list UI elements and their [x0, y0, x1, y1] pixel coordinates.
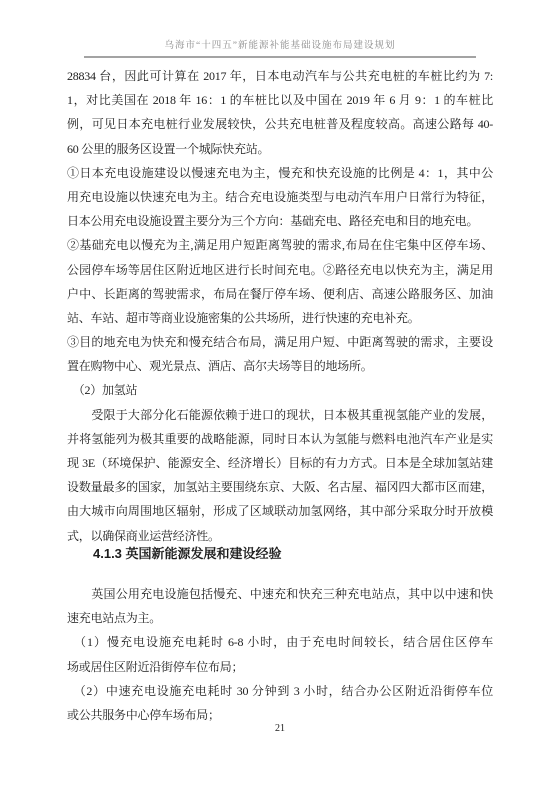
text-line: 例，可见日本充电桩行业发展较快，公共充电桩普及程度较高。高速公路每 40-	[67, 112, 493, 136]
text-line: ②基础充电以慢充为主,满足用户短距离驾驶的需求,布局在住宅集中区停车场、	[67, 233, 493, 257]
text-line: 60 公里的服务区设置一个城际快充站。	[67, 137, 493, 161]
text-line: 用充电设施以快速充电为主。结合充电设施类型与电动汽车用户日常行为特征，	[67, 185, 493, 209]
text-line: ①日本充电设施建设以慢速充电为主，慢充和快充设施的比例是 4：1，其中公	[67, 161, 493, 185]
text-line: （2）中速充电设施充电耗时 30 分钟到 3 小时，结合办公区附近沿街停车位	[67, 679, 493, 703]
text-line: （2）加氢站	[67, 378, 493, 402]
text-line: 并将氢能列为极其重要的战略能源，同时日本认为氢能与燃料电池汽车产业是实	[67, 427, 493, 451]
text-line: 站、车站、超市等商业设施密集的公共场所，进行快速的充电补充。	[67, 306, 493, 330]
text-line: ③目的地充电为快充和慢充结合布局，满足用户短、中距离驾驶的需求，主要设	[67, 330, 493, 354]
text-line: 日本公用充电设施设置主要分为三个方向：基础充电、路径充电和目的地充电。	[67, 209, 493, 233]
text-line: 28834 台，因此可计算在 2017 年，日本电动汽车与公共充电桩的车桩比约为…	[67, 64, 493, 88]
text-line: （1）慢充电设施充电耗时 6-8 小时，由于充电时间较长，结合居住区停车	[67, 630, 493, 654]
text-line: 1，对比美国在 2018 年 16：1 的车桩比以及中国在 2019 年 6 月…	[67, 88, 493, 112]
text-line: 设数量最多的国家，加氢站主要围绕东京、大阪、名古屋、福冈四大都市区而建，	[67, 475, 493, 499]
page-footer: 21	[0, 723, 560, 734]
section-heading: 4.1.3 英国新能源发展和建设经验	[67, 542, 493, 566]
page-number: 21	[275, 723, 285, 734]
text-line: 场或居住区附近沿街停车位布局；	[67, 655, 493, 679]
page-header-title: 乌海市“十四五”新能源补能基础设施布局建设规划	[0, 37, 560, 51]
text-line: 置在购物中心、观光景点、酒店、高尔夫场等目的地场所。	[67, 354, 493, 378]
text-line: 户中、长距离的驾驶需求，布局在餐厅停车场、便利店、高速公路服务区、加油	[67, 282, 493, 306]
text-line: 由大城市向周围地区辐射，形成了区域联动加氢网络，其中部分采取分时开放模	[67, 499, 493, 523]
text-line: 现 3E（环境保护、能源安全、经济增长）目标的有力方式。日本是全球加氢站建	[67, 451, 493, 475]
text-line: 受限于大部分化石能源依赖于进口的现状，日本极其重视氢能产业的发展，	[67, 403, 493, 427]
text-line: 速充电站点为主。	[67, 606, 493, 630]
document-page: 乌海市“十四五”新能源补能基础设施布局建设规划 28834 台，因此可计算在 2…	[0, 0, 560, 791]
header-rule	[84, 56, 476, 58]
text-line: 英国公用充电设施包括慢充、中速充和快充三种充电站点，其中以中速和快	[67, 582, 493, 606]
text-line: 公园停车场等居住区附近地区进行长时间充电。②路径充电以快充为主，满足用	[67, 258, 493, 282]
document-body: 28834 台，因此可计算在 2017 年，日本电动汽车与公共充电桩的车桩比约为…	[67, 64, 493, 727]
